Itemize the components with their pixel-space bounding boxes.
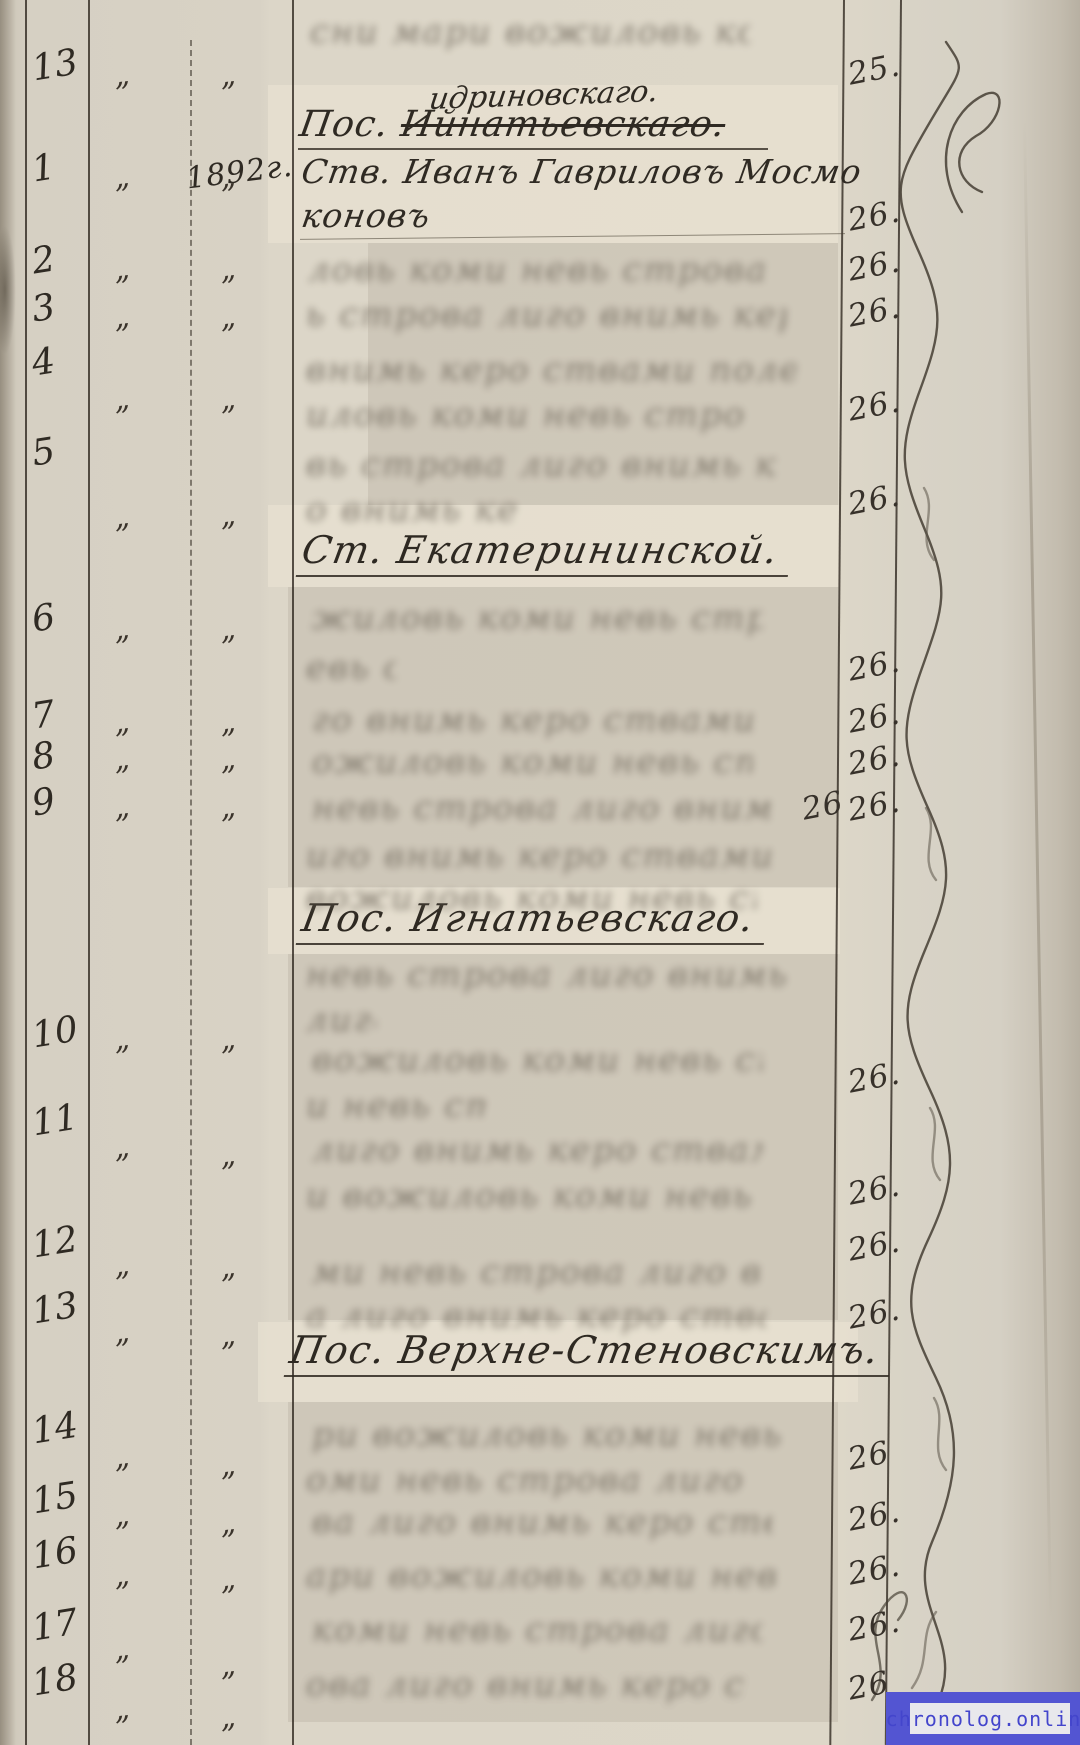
row-number: 11 <box>29 1097 81 1145</box>
illegible-handwriting-line: ми невь строва лиго вним <box>312 1252 762 1292</box>
illegible-handwriting-line: коми невь строва лиго вн <box>312 1610 762 1650</box>
illegible-handwriting-line: иго внимь керо ствами пол <box>306 836 786 876</box>
watermark-text: chronolog.online <box>886 1707 1080 1731</box>
row-number: 16 <box>29 1530 81 1578</box>
illegible-handwriting-line: жиловь коми невь строва <box>312 598 762 638</box>
illegible-handwriting-line: о внимь кер <box>306 490 516 530</box>
row-number: 17 <box>29 1602 81 1650</box>
scanned-ledger-page: идриновскаго. Пос. Ийнатьевскаго. Ств. И… <box>0 0 1080 1745</box>
illegible-handwriting-line: а лиго внимь керо ствами <box>306 1296 766 1336</box>
illegible-handwriting-line: и вожиловь коми невь стр <box>306 1176 766 1216</box>
row-number: 18 <box>29 1657 81 1705</box>
illegible-handwriting-line: евь с <box>306 648 396 688</box>
illegible-handwriting-line: го внимь керо ствами пол <box>312 700 772 740</box>
illegible-handwriting-line: и невь ст <box>306 1086 486 1126</box>
illegible-handwriting-line: невь строва лиго внимь к <box>306 955 786 995</box>
illegible-handwriting-line: ова лиго внимь керо ств <box>306 1665 746 1705</box>
illegible-handwriting-line: ри вожиловь коми невь стр <box>312 1415 782 1455</box>
illegible-handwriting-line: внимь керо ствами полев н <box>306 350 796 390</box>
illegible-handwriting-line: вожиловь коми невь стров <box>306 878 756 918</box>
row-number: 10 <box>29 1009 81 1057</box>
illegible-handwriting-line: иловь коми невь строва <box>306 395 746 435</box>
illegible-handwriting-line: вь строва лиго внимь керо <box>306 445 776 485</box>
illegible-handwriting-line: оми невь строва лиго вни <box>306 1460 756 1500</box>
watermark-panel: chronolog.online <box>910 1703 1070 1734</box>
illegible-handwriting-line: сни мари вожиловь коми <box>310 12 750 52</box>
illegible-handwriting-line: ва лиго внимь керо ствам <box>312 1502 772 1542</box>
illegible-handwriting-line: вожиловь коми невь стро <box>312 1040 762 1080</box>
row-number: 12 <box>29 1219 81 1267</box>
illegible-handwriting-line: ь строва лиго внимь керо <box>306 295 786 335</box>
illegible-handwriting-line: лиго внимь керо ствами <box>312 1130 762 1170</box>
row-number: 14 <box>29 1405 81 1453</box>
illegible-handwriting-line: лиго <box>306 1000 376 1040</box>
row-number: 13 <box>29 1285 81 1333</box>
row-number: 13 <box>29 42 81 90</box>
illegible-handwriting-line: ловь коми невь строва лиг <box>308 250 778 290</box>
illegible-handwriting-line: невь строва лиго внимь к <box>312 788 772 828</box>
row-number: 15 <box>29 1475 81 1523</box>
illegible-handwriting-line: ожиловь коми невь стров <box>312 742 752 782</box>
illegible-handwriting-line: ари вожиловь коми невь ст <box>306 1556 776 1596</box>
watermark-box: chronolog.online <box>886 1692 1080 1745</box>
